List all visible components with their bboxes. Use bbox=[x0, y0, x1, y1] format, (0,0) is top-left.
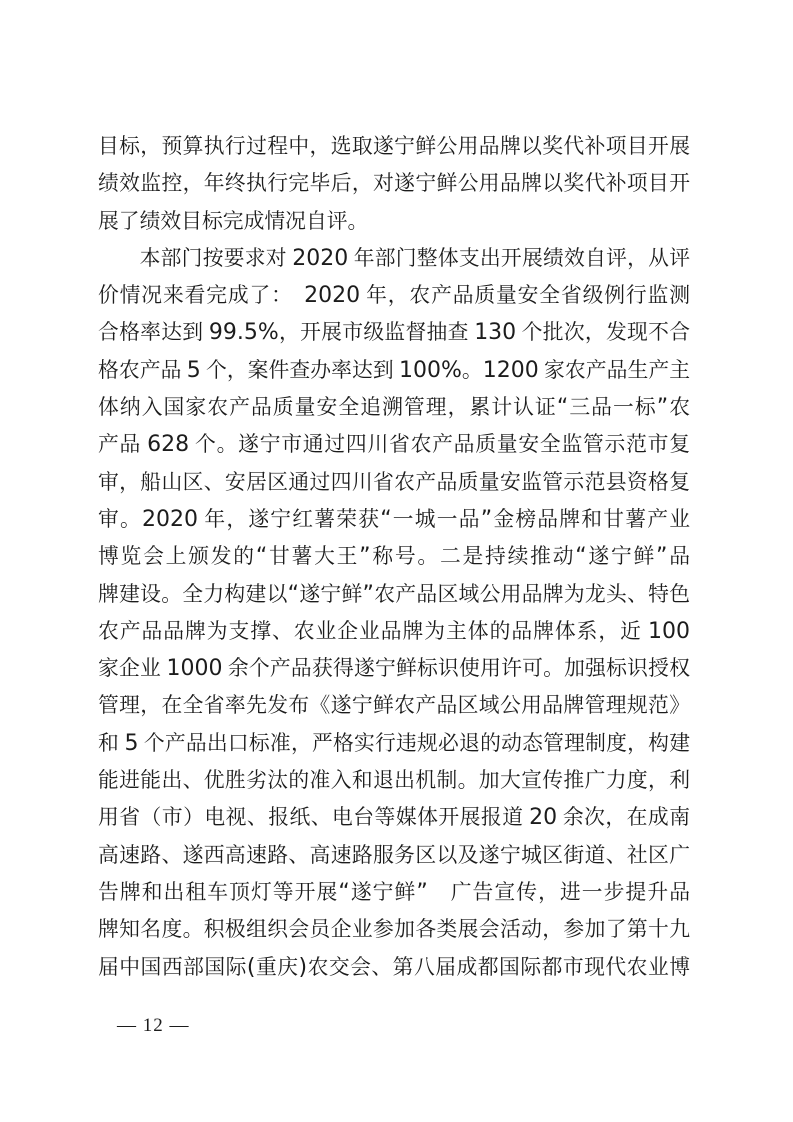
text-line: 绩效监控，年终执行完毕后，对遂宁鲜公用品牌以奖代补项目开 bbox=[98, 165, 690, 202]
text-line: 博览会上颁发的“甘薯大王”称号。二是持续推动“遂宁鲜”品 bbox=[98, 538, 690, 575]
text-line: 高速路、遂西高速路、高速路服务区以及遂宁城区街道、社区广 bbox=[98, 837, 690, 874]
text-line: 价情况来看完成了： 2020 年，农产品质量安全省级例行监测 bbox=[98, 277, 690, 314]
text-line: 家企业 1000 余个产品获得遂宁鲜标识使用许可。加强标识授权 bbox=[98, 650, 690, 687]
text-line: 审。2020 年，遂宁红薯荣获“一城一品”金榜品牌和甘薯产业 bbox=[98, 501, 690, 538]
text-line: 能进能出、优胜劣汰的准入和退出机制。加大宣传推广力度，利 bbox=[98, 762, 690, 799]
text-line: 和 5 个产品出口标准，严格实行违规必退的动态管理制度，构建 bbox=[98, 725, 690, 762]
text-line: 管理，在全省率先发布《遂宁鲜农产品区域公用品牌管理规范》 bbox=[98, 687, 690, 724]
text-line: 牌知名度。积极组织会员企业参加各类展会活动，参加了第十九 bbox=[98, 911, 690, 948]
text-line: 牌建设。全力构建以“遂宁鲜”农产品区域公用品牌为龙头、特色 bbox=[98, 576, 690, 613]
text-line: 届中国西部国际(重庆)农交会、第八届成都国际都市现代农业博 bbox=[98, 949, 690, 986]
text-line: 目标，预算执行过程中，选取遂宁鲜公用品牌以奖代补项目开展 bbox=[98, 128, 690, 165]
text-line: 用省（市）电视、报纸、电台等媒体开展报道 20 余次，在成南 bbox=[98, 799, 690, 836]
page-number: — 12 — bbox=[117, 1012, 190, 1040]
text-line: 合格率达到 99.5%，开展市级监督抽查 130 个批次，发现不合 bbox=[98, 314, 690, 351]
text-line: 展了绩效目标完成情况自评。 bbox=[98, 203, 690, 240]
text-line: 本部门按要求对 2020 年部门整体支出开展绩效自评，从评 bbox=[98, 240, 690, 277]
text-line: 格农产品 5 个，案件查办率达到 100%。1200 家农产品生产主 bbox=[98, 352, 690, 389]
text-line: 产品 628 个。遂宁市通过四川省农产品质量安全监管示范市复 bbox=[98, 426, 690, 463]
document-page: 目标，预算执行过程中，选取遂宁鲜公用品牌以奖代补项目开展绩效监控，年终执行完毕后… bbox=[0, 0, 793, 1122]
text-line: 审，船山区、安居区通过四川省农产品质量安监管示范县资格复 bbox=[98, 464, 690, 501]
body-text: 目标，预算执行过程中，选取遂宁鲜公用品牌以奖代补项目开展绩效监控，年终执行完毕后… bbox=[98, 128, 690, 986]
text-line: 农产品品牌为支撑、农业企业品牌为主体的品牌体系，近 100 bbox=[98, 613, 690, 650]
text-line: 告牌和出租车顶灯等开展“遂宁鲜” 广告宣传，进一步提升品 bbox=[98, 874, 690, 911]
text-line: 体纳入国家农产品质量安全追溯管理，累计认证“三品一标”农 bbox=[98, 389, 690, 426]
